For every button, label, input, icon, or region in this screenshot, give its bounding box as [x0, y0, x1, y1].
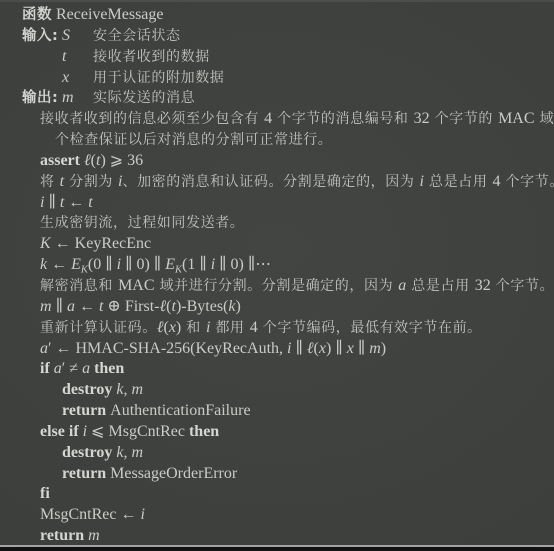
comment-text: 总是占用 — [406, 278, 475, 294]
code-text: 32 — [475, 277, 491, 294]
comment-text: 分割为 — [64, 174, 118, 190]
variable: ℓ — [307, 340, 314, 357]
io-description: 安全会话状态 — [93, 28, 181, 44]
code-text: 4 — [493, 173, 501, 190]
code-text: ) — [235, 298, 240, 315]
variable: a — [54, 360, 62, 377]
comment-line: 生成密钥流，过程如同发送者。 — [22, 213, 544, 234]
code-text: ∥ — [44, 194, 59, 211]
io-label: 输入: — [22, 26, 62, 47]
keyword: if — [40, 360, 54, 377]
variable: m — [88, 527, 100, 544]
algorithm-listing: 函数 ReceiveMessage输入:S安全会话状态t接收者收到的数据x用于认… — [0, 0, 554, 547]
variable: E — [71, 256, 81, 273]
code-text: ′ ← HMAC-SHA-256(KeyRecAuth, — [48, 340, 287, 357]
comment-text: 、加密的消息和认证码。分割是确定的，因为 — [122, 174, 419, 190]
variable: m — [40, 298, 52, 315]
code-text: ∥ — [52, 298, 67, 315]
comment-text: 解密消息和 — [40, 278, 118, 294]
comment-text: 生成密钥流，过程如同发送者。 — [40, 215, 244, 231]
keyword: else if — [40, 423, 83, 440]
keyword: destroy — [62, 381, 116, 398]
code-text: ← — [64, 194, 88, 211]
code-text: AuthenticationFailure — [110, 402, 250, 419]
code-text: ) ∥ — [326, 340, 347, 357]
code-text: (1 ∥ — [182, 256, 211, 273]
io-variable: t — [62, 47, 93, 68]
code-line: return AuthenticationFailure — [22, 401, 544, 422]
variable: x — [347, 340, 354, 357]
code-text: ′ ≠ — [62, 360, 82, 377]
variable: m — [131, 381, 143, 398]
keyword: destroy — [62, 444, 116, 461]
function-keyword: 函数 — [22, 7, 52, 23]
algorithm-page: 函数 ReceiveMessage输入:S安全会话状态t接收者收到的数据x用于认… — [0, 0, 554, 551]
code-line: i ∥ t ← t — [22, 193, 544, 214]
comment-text: 个字节。 — [501, 174, 554, 190]
variable: a — [82, 360, 90, 377]
variable: a — [67, 298, 75, 315]
comment-text: 个字节。 — [491, 278, 554, 294]
code-line: m ∥ a ← t ⊕ First-ℓ(t)-Bytes(k) — [22, 297, 544, 318]
keyword: fi — [40, 485, 50, 502]
comment-text: 和 — [181, 320, 206, 336]
comment-text: 个检查保证以后对消息的分割可正常进行。 — [55, 132, 332, 148]
io-description: 接收者收到的数据 — [93, 49, 210, 65]
variable: m — [131, 444, 143, 461]
code-line: destroy k, m — [22, 443, 544, 464]
page-bottom-edge — [0, 547, 554, 551]
code-line: return MessageOrderError — [22, 464, 544, 485]
comment-text: 总是占用 — [424, 174, 493, 190]
io-row: t接收者收到的数据 — [22, 47, 544, 68]
io-label: 输出: — [22, 88, 62, 109]
code-line: assert ℓ(t) ⩾ 36 — [22, 151, 544, 172]
code-text: ∥ — [291, 340, 306, 357]
code-text: ← KeyRecEnc — [51, 235, 151, 252]
code-line: K ← KeyRecEnc — [22, 234, 544, 255]
code-line: if a′ ≠ a then — [22, 359, 544, 380]
function-name: ReceiveMessage — [52, 6, 164, 23]
io-variable: m — [62, 88, 93, 109]
code-text: ∥ 0) ∥⋯ — [215, 256, 271, 273]
code-line: else if i ⩽ MsgCntRec then — [22, 422, 544, 443]
comment-text: 重新计算认证码。 — [40, 320, 157, 336]
comment-line: 将 t 分割为 i、加密的消息和认证码。分割是确定的，因为 i 总是占用 4 个… — [22, 172, 544, 193]
code-text: MessageOrderError — [110, 465, 237, 482]
keyword: then — [90, 360, 124, 377]
keyword: return — [40, 527, 88, 544]
variable: a — [40, 340, 48, 357]
keyword: assert — [40, 152, 84, 169]
keyword: then — [189, 423, 219, 440]
comment-text: 域并进行分割。分割是确定的，因为 — [155, 278, 399, 294]
comment-line: 个检查保证以后对消息的分割可正常进行。 — [22, 130, 544, 151]
code-text: ∥ — [354, 340, 369, 357]
keyword: return — [62, 465, 110, 482]
code-text: MAC — [118, 277, 154, 294]
code-text: MsgCntRec ← — [40, 506, 140, 523]
variable: ℓ — [84, 152, 91, 169]
code-line: return m — [22, 526, 544, 547]
code-text: 32 — [414, 110, 430, 127]
comment-line: 接收者收到的信息必须至少包含有 4 个字节的消息编号和 32 个字节的 MAC … — [22, 109, 544, 130]
io-variable: x — [62, 68, 93, 89]
code-line: destroy k, m — [22, 380, 544, 401]
comment-text: 接收者收到的信息必须至少包含有 — [40, 111, 264, 127]
comment-text: 都用 — [210, 320, 249, 336]
code-text: ∥ 0) ∥ — [121, 256, 165, 273]
code-line: a′ ← HMAC-SHA-256(KeyRecAuth, i ∥ ℓ(x) ∥… — [22, 339, 544, 360]
code-text: )-Bytes( — [176, 298, 228, 315]
code-text: ⊕ First- — [103, 298, 159, 315]
variable: m — [369, 340, 381, 357]
variable: x — [319, 340, 326, 357]
code-text: MAC — [498, 110, 534, 127]
comment-text: 个字节的消息编号和 — [272, 111, 414, 127]
variable: E — [165, 256, 175, 273]
comment-text: 个字节的 — [430, 111, 499, 127]
comment-line: 重新计算认证码。ℓ(x) 和 i 都用 4 个字节编码，最低有效字节在前。 — [22, 318, 544, 339]
code-text: ) ⩾ 36 — [100, 152, 143, 169]
code-text: 4 — [264, 110, 272, 127]
io-row: x用于认证的附加数据 — [22, 68, 544, 89]
code-text: ) — [381, 340, 386, 357]
code-text: ← — [75, 298, 99, 315]
code-line: MsgCntRec ← i — [22, 505, 544, 526]
code-line: fi — [22, 484, 544, 505]
comment-text: 个字节编码，最低有效字节在前。 — [258, 320, 482, 336]
keyword: return — [62, 402, 110, 419]
comment-text: 域，这 — [535, 111, 554, 127]
code-text: ⩽ MsgCntRec — [87, 423, 189, 440]
variable: K — [40, 235, 51, 252]
comment-line: 解密消息和 MAC 域并进行分割。分割是确定的，因为 a 总是占用 32 个字节… — [22, 276, 544, 297]
io-row: 输出:m实际发送的消息 — [22, 88, 544, 109]
code-text: ← — [47, 256, 71, 273]
code-text: (0 ∥ — [88, 256, 117, 273]
io-description: 用于认证的附加数据 — [93, 70, 224, 86]
variable: t — [88, 194, 92, 211]
subscript-variable: K — [175, 265, 182, 276]
io-row: 输入:S安全会话状态 — [22, 26, 544, 47]
variable: x — [169, 319, 176, 336]
code-text: 4 — [250, 319, 258, 336]
variable: i — [140, 506, 144, 523]
subscript-variable: K — [81, 265, 88, 276]
comment-text: 将 — [40, 174, 60, 190]
algorithm-title: 函数 ReceiveMessage — [22, 5, 544, 26]
code-line: k ← EK(0 ∥ i ∥ 0) ∥ EK(1 ∥ i ∥ 0) ∥⋯ — [22, 255, 544, 276]
io-description: 实际发送的消息 — [93, 90, 195, 106]
io-variable: S — [62, 26, 93, 47]
